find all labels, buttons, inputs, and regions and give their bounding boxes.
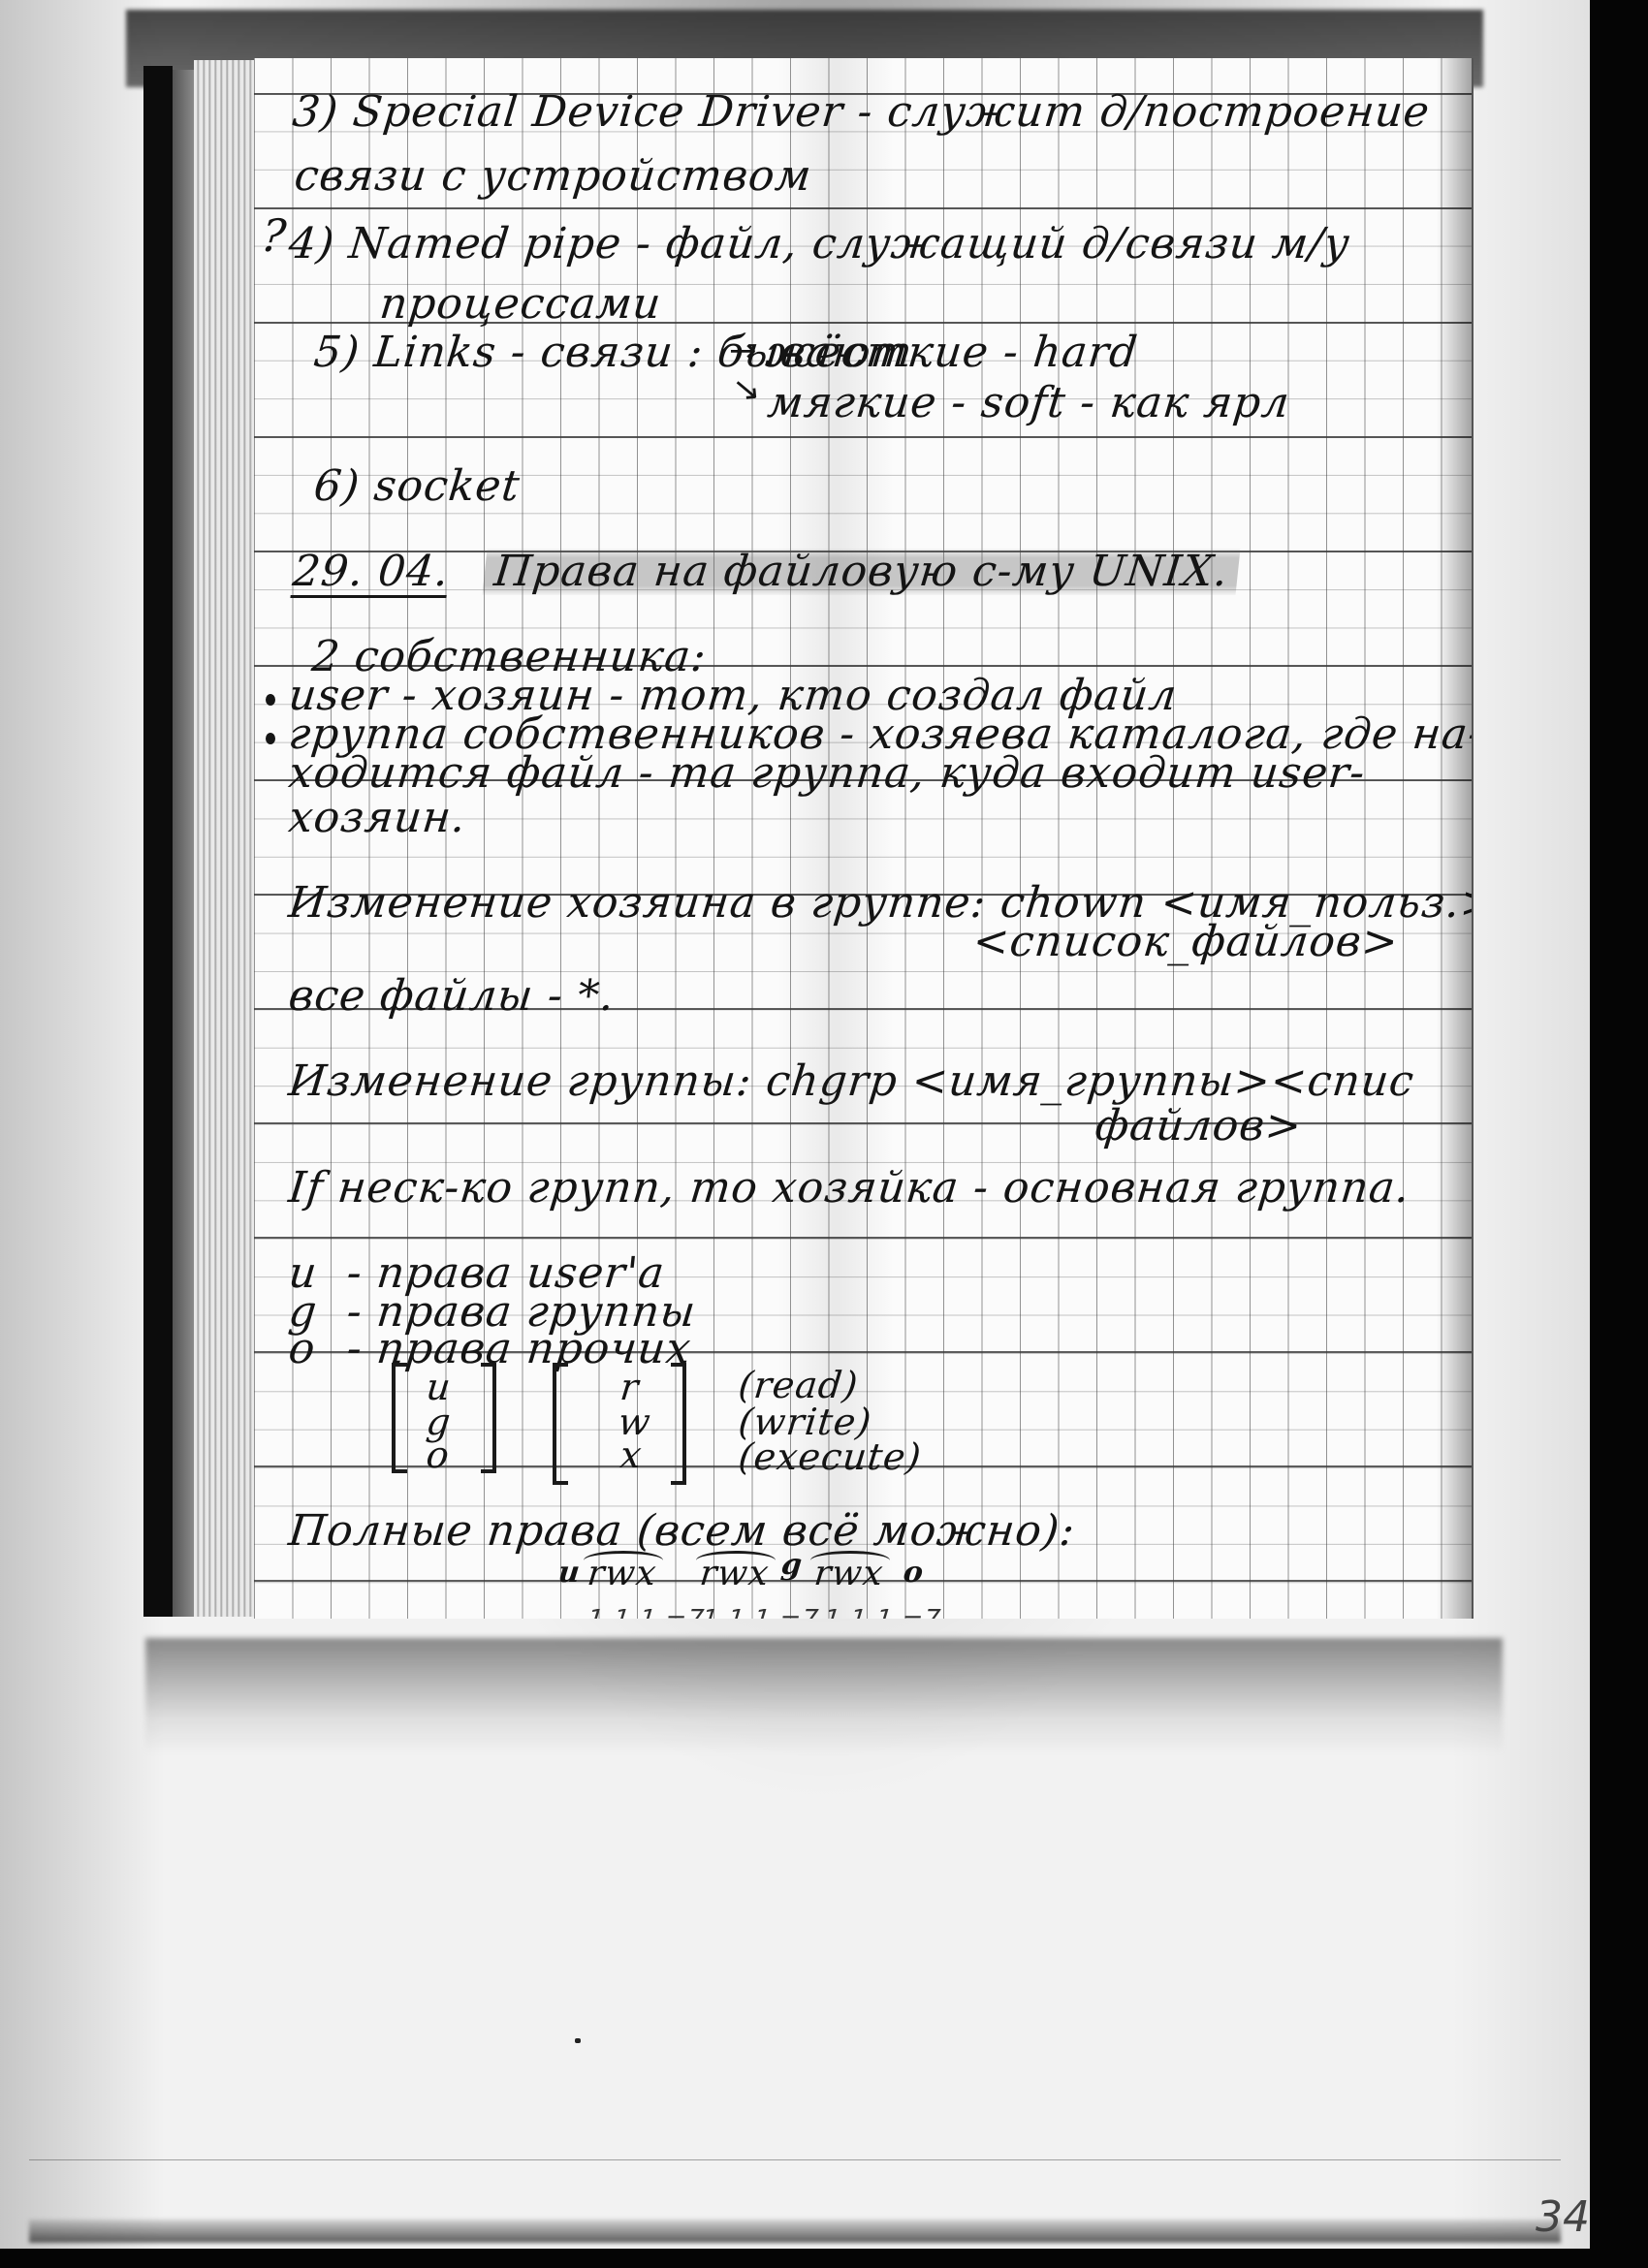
bracket-right-icon (671, 1363, 686, 1485)
full-rights-u-label: u (556, 1559, 582, 1588)
heading-title: Права на файловую с-му UNIX. (482, 549, 1240, 595)
bracket-left-icon (392, 1363, 407, 1473)
bottom-scan-shadow (29, 2220, 1561, 2243)
margin-question-mark: ? (260, 213, 290, 258)
full-rights-line: Полные права (всем всё можно): (287, 1510, 1078, 1553)
chown-line3: все файлы - *. (287, 975, 618, 1018)
full-rights-g-perms: rwx (698, 1557, 771, 1591)
matrix-perm-x: x (618, 1436, 644, 1473)
owners-bullet2-line2: ходится файл - та группа, куда входит us… (287, 752, 1368, 795)
notebook-page: 3) Special Device Driver - служит д/пост… (254, 58, 1474, 1619)
matrix-who-o: o (425, 1436, 452, 1473)
full-rights-o-perms: rwx (812, 1557, 885, 1591)
matrix-meaning-read: (read) (737, 1367, 860, 1403)
page-number: 34 (1536, 2192, 1590, 2242)
full-rights-g-label: g (779, 1551, 804, 1580)
full-rights-u-bits: 1 1 1 =7 (586, 1607, 706, 1619)
note-item3-line2: связи с устройством (293, 155, 814, 198)
rights-o-letter: o (287, 1328, 318, 1370)
full-rights-o-bits: 1 1 1 =7 (823, 1607, 942, 1619)
scanner-line (29, 2159, 1561, 2160)
page-stack-edges (194, 60, 254, 1617)
note-item3-line1: 3) Special Device Driver - служит д/пост… (291, 91, 1432, 134)
note-item5-soft: мягкие - soft - как ярл (766, 382, 1292, 425)
page-bottom-shadow (145, 1638, 1503, 1754)
note-item5-hard: жёсткие - hard (764, 331, 1140, 374)
bracket-right-icon (481, 1363, 496, 1473)
bottom-scan-border (0, 2249, 1648, 2268)
notebook-cover-edge (173, 70, 194, 1617)
full-rights-o-label: o (902, 1559, 925, 1588)
full-rights-g-bits: 1 1 1 =7 (701, 1607, 820, 1619)
note-item6: 6) socket (312, 465, 523, 508)
bullet-icon (266, 733, 275, 744)
chown-line2: <список_файлов> (971, 921, 1401, 963)
bullet-icon (266, 694, 275, 706)
arrow-right-icon: → (729, 331, 757, 370)
matrix-meaning-execute: (execute) (737, 1438, 924, 1475)
heading-date: 29. 04. (290, 551, 451, 598)
right-scan-border (1590, 0, 1648, 2268)
notebook-cover (143, 66, 173, 1617)
chgrp-line1: Изменение группы: chgrp <имя_группы><спи… (287, 1060, 1416, 1103)
full-rights-u-perms: rwx (586, 1557, 658, 1591)
owners-bullet2-line3: хозяин. (287, 797, 468, 839)
chgrp-line2: файлов> (1093, 1105, 1305, 1148)
note-item4-line1: 4) Named pipe - файл, служащий д/связи м… (287, 223, 1352, 266)
multi-group-note: If неск-ко групп, то хозяйка - основная … (287, 1167, 1412, 1210)
bracket-left-icon (553, 1363, 568, 1485)
note-item4-line2: процессами (378, 283, 664, 326)
dust-speck (575, 2038, 581, 2043)
